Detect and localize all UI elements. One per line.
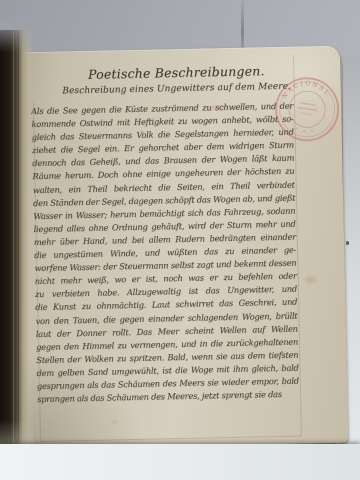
bottom-pages-edge [0,444,360,480]
backdrop-crease-line [241,0,244,52]
foxing-spot [110,418,120,425]
book-gutter [0,30,34,462]
manuscript-photo: Poetische Beschreibungen. Beschreibung e… [0,0,360,480]
gutter-top-fade [0,18,34,52]
library-stamp-icon: NACIONAL [267,69,348,150]
foxing-spot [303,274,319,285]
dark-speck [346,241,349,245]
pencil-margin-bottom [40,435,302,441]
manuscript-page: Poetische Beschreibungen. Beschreibung e… [12,46,348,450]
handwritten-text-block: Als die See gegen die Küste zuströmend z… [31,100,299,407]
